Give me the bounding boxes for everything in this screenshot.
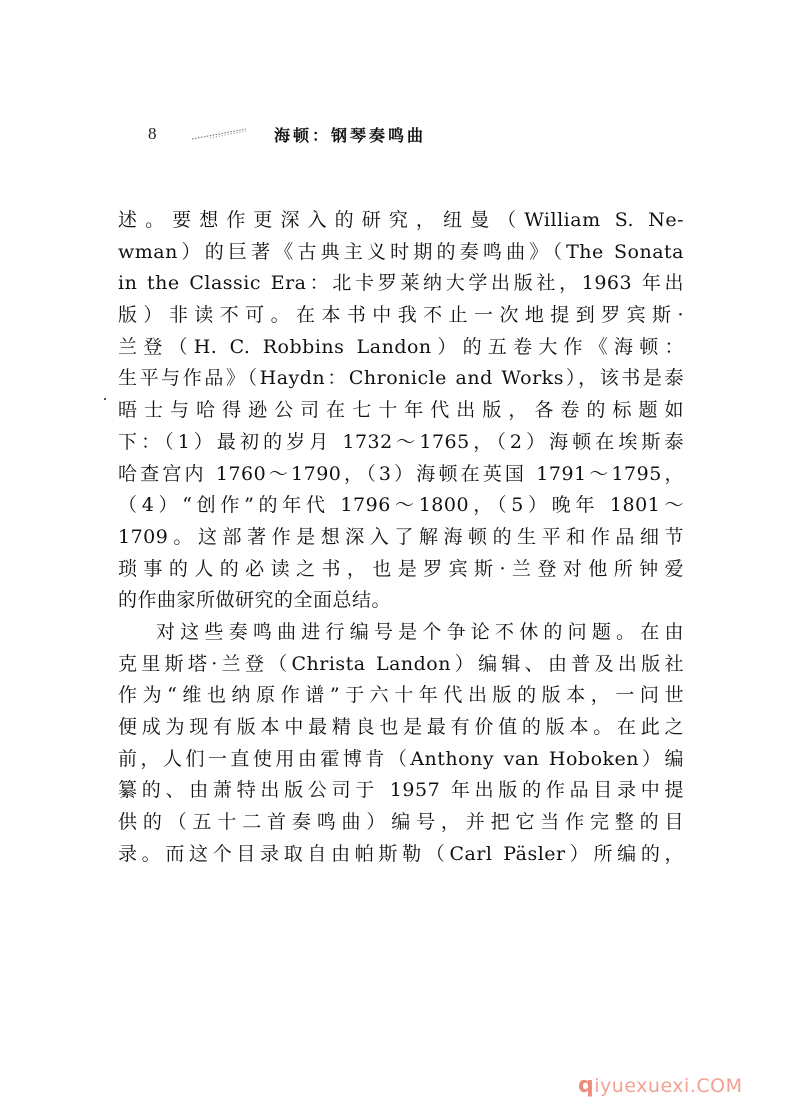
- text-line: wman）的巨著《古典主义时期的奏鸣曲》（The Sonata: [118, 237, 684, 269]
- text-line: 版）非读不可。在本书中我不止一次地提到罗宾斯·: [118, 300, 684, 332]
- text-line: 述。要想作更深入的研究，纽曼（William S. Ne-: [118, 205, 684, 237]
- text-line: 1709。这部著作是想深入了解海顿的生平和作品细节: [118, 522, 684, 554]
- paragraph-start-line: 对这些奏鸣曲进行编号是个争论不休的问题。在由: [118, 617, 684, 649]
- page-header: 8 海顿：钢琴奏鸣曲: [148, 122, 426, 146]
- text-line: 便成为现有版本中最精良也是最有价值的版本。在此之: [118, 712, 684, 744]
- text-line: 哈查宫内 1760～1790，（3）海顿在英国 1791～1795，: [118, 459, 684, 491]
- text-line: 纂的、由萧特出版公司于 1957 年出版的作品目录中提: [118, 775, 684, 807]
- text-line: in the Classic Era：北卡罗莱纳大学出版社，1963 年出: [118, 268, 684, 300]
- text-line: （4）“创作”的年代 1796～1800，（5）晚年 1801～: [118, 490, 684, 522]
- site-watermark: qiyuexuexi.COM: [578, 1073, 743, 1098]
- body-text: 述。要想作更深入的研究，纽曼（William S. Ne- wman）的巨著《古…: [118, 205, 684, 870]
- text-line: 供的（五十二首奏鸣曲）编号，并把它当作完整的目: [118, 807, 684, 839]
- watermark-text: iyuexuexi.COM: [594, 1075, 742, 1097]
- text-line: 前，人们一直使用由霍博肯（Anthony van Hoboken）编: [118, 744, 684, 776]
- text-line: 下：（1）最初的岁月 1732～1765，（2）海顿在埃斯泰: [118, 427, 684, 459]
- running-title: 海顿：钢琴奏鸣曲: [274, 123, 426, 146]
- text-line: 晤士与哈得逊公司在七十年代出版，各卷的标题如: [118, 395, 684, 427]
- text-line: 克里斯塔·兰登（Christa Landon）编辑、由普及出版社: [118, 649, 684, 681]
- text-line: 录。而这个目录取自由帕斯勒（Carl Päsler）所编的，: [118, 839, 684, 871]
- text-line: 生平与作品》（Haydn：Chronicle and Works），该书是泰: [118, 363, 684, 395]
- text-line: 的作曲家所做研究的全面总结。: [118, 585, 684, 617]
- text-line: 兰登（H. C. Robbins Landon）的五卷大作《海顿：: [118, 332, 684, 364]
- text-line: 琐事的人的必读之书，也是罗宾斯·兰登对他所钟爱: [118, 554, 684, 586]
- page-number: 8: [148, 124, 188, 144]
- watermark-initial: q: [578, 1073, 594, 1098]
- margin-mark: [104, 398, 106, 400]
- text-line: 作为“维也纳原作谱”于六十年代出版的版本，一问世: [118, 680, 684, 712]
- header-ornament-icon: [190, 127, 248, 141]
